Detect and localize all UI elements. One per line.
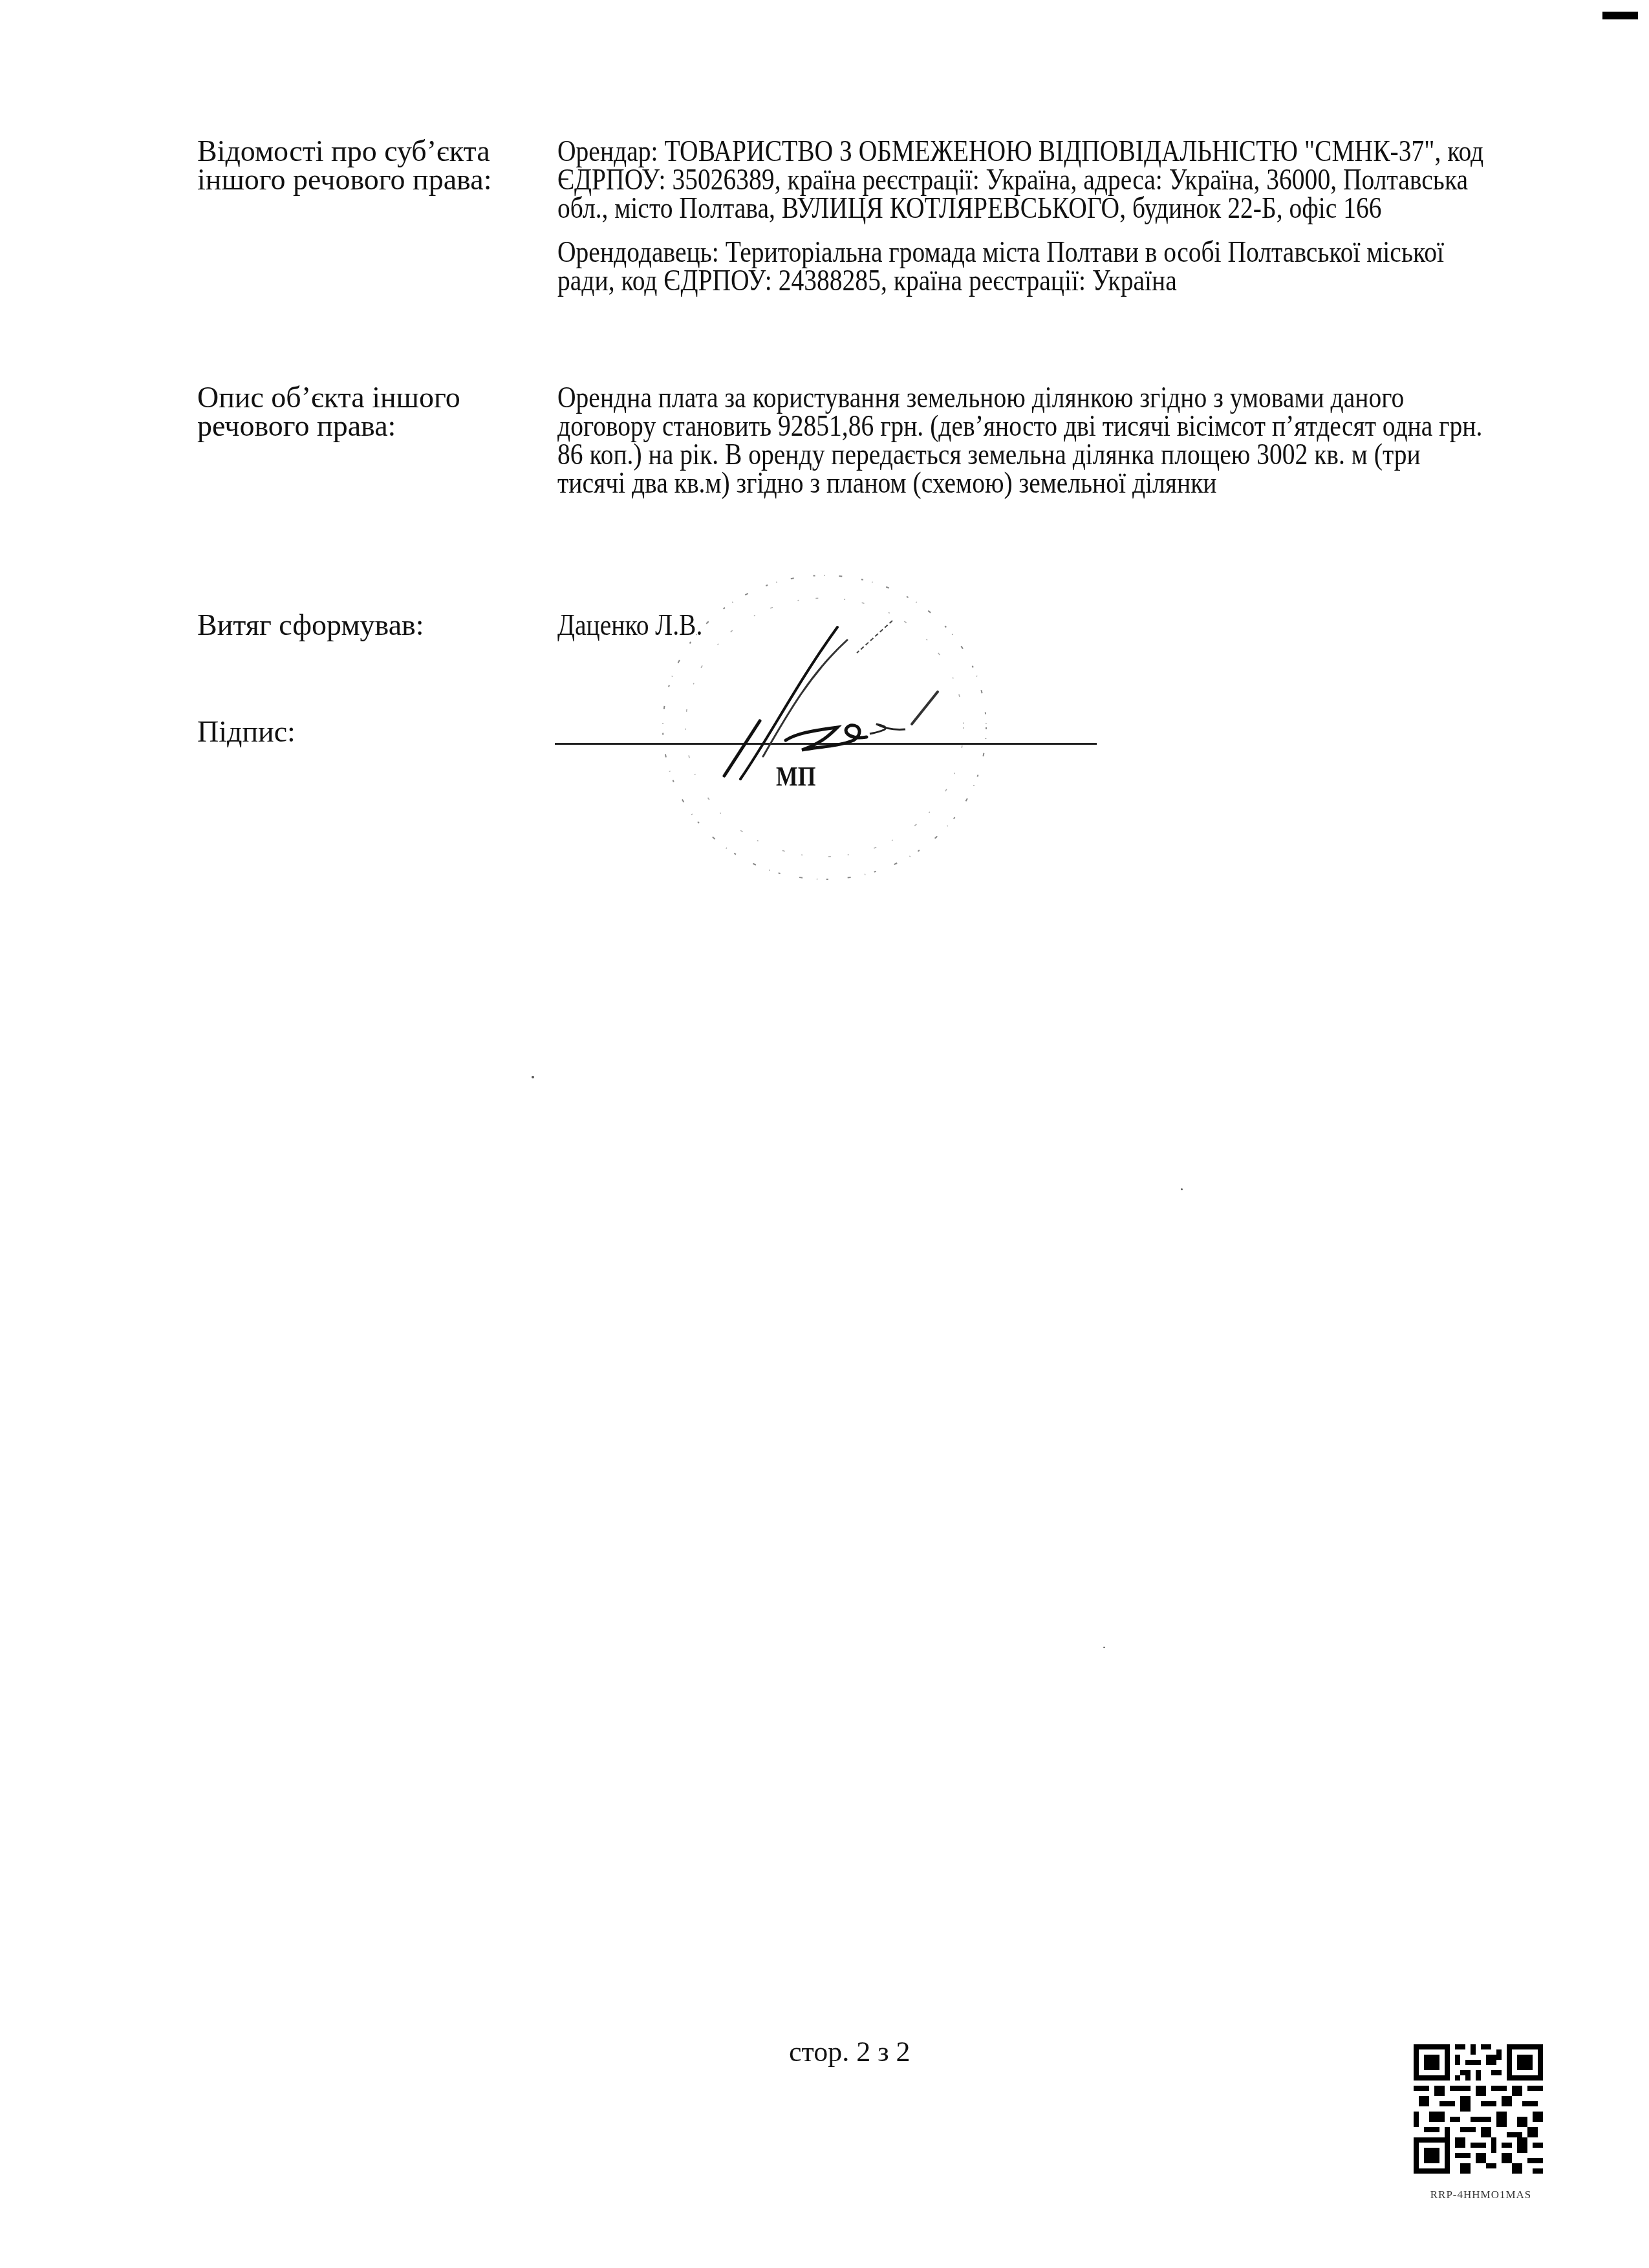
- qr-code-icon: [1414, 2044, 1543, 2174]
- scan-speck: [1181, 1188, 1183, 1190]
- lessor-paragraph: Орендодавець: Територіальна громада міст…: [557, 238, 1492, 295]
- prepared-by-label: Витяг сформував:: [197, 611, 424, 639]
- handwritten-signature-icon: [698, 614, 970, 782]
- signature-label: Підпис:: [197, 718, 296, 746]
- section-label-object: Опис об’єкта іншого речового права:: [197, 383, 460, 440]
- stamp-place-mark: МП: [776, 762, 815, 793]
- qr-code-id: RRP-4HHMO1MAS: [1410, 2188, 1552, 2201]
- section-value-subject: Орендар: ТОВАРИСТВО З ОБМЕЖЕНОЮ ВІДПОВІД…: [557, 137, 1492, 295]
- scan-speck: [1103, 1647, 1105, 1648]
- section-value-object: Орендна плата за користування земельною …: [557, 383, 1492, 497]
- rent-description-paragraph: Орендна плата за користування земельною …: [557, 383, 1492, 497]
- section-label-subject: Відомості про суб’єкта іншого речового п…: [197, 137, 491, 194]
- page-number: стор. 2 з 2: [789, 2037, 911, 2068]
- scan-corner-mark: [1602, 12, 1638, 19]
- scan-speck: [532, 1076, 534, 1078]
- lessee-paragraph: Орендар: ТОВАРИСТВО З ОБМЕЖЕНОЮ ВІДПОВІД…: [557, 137, 1492, 222]
